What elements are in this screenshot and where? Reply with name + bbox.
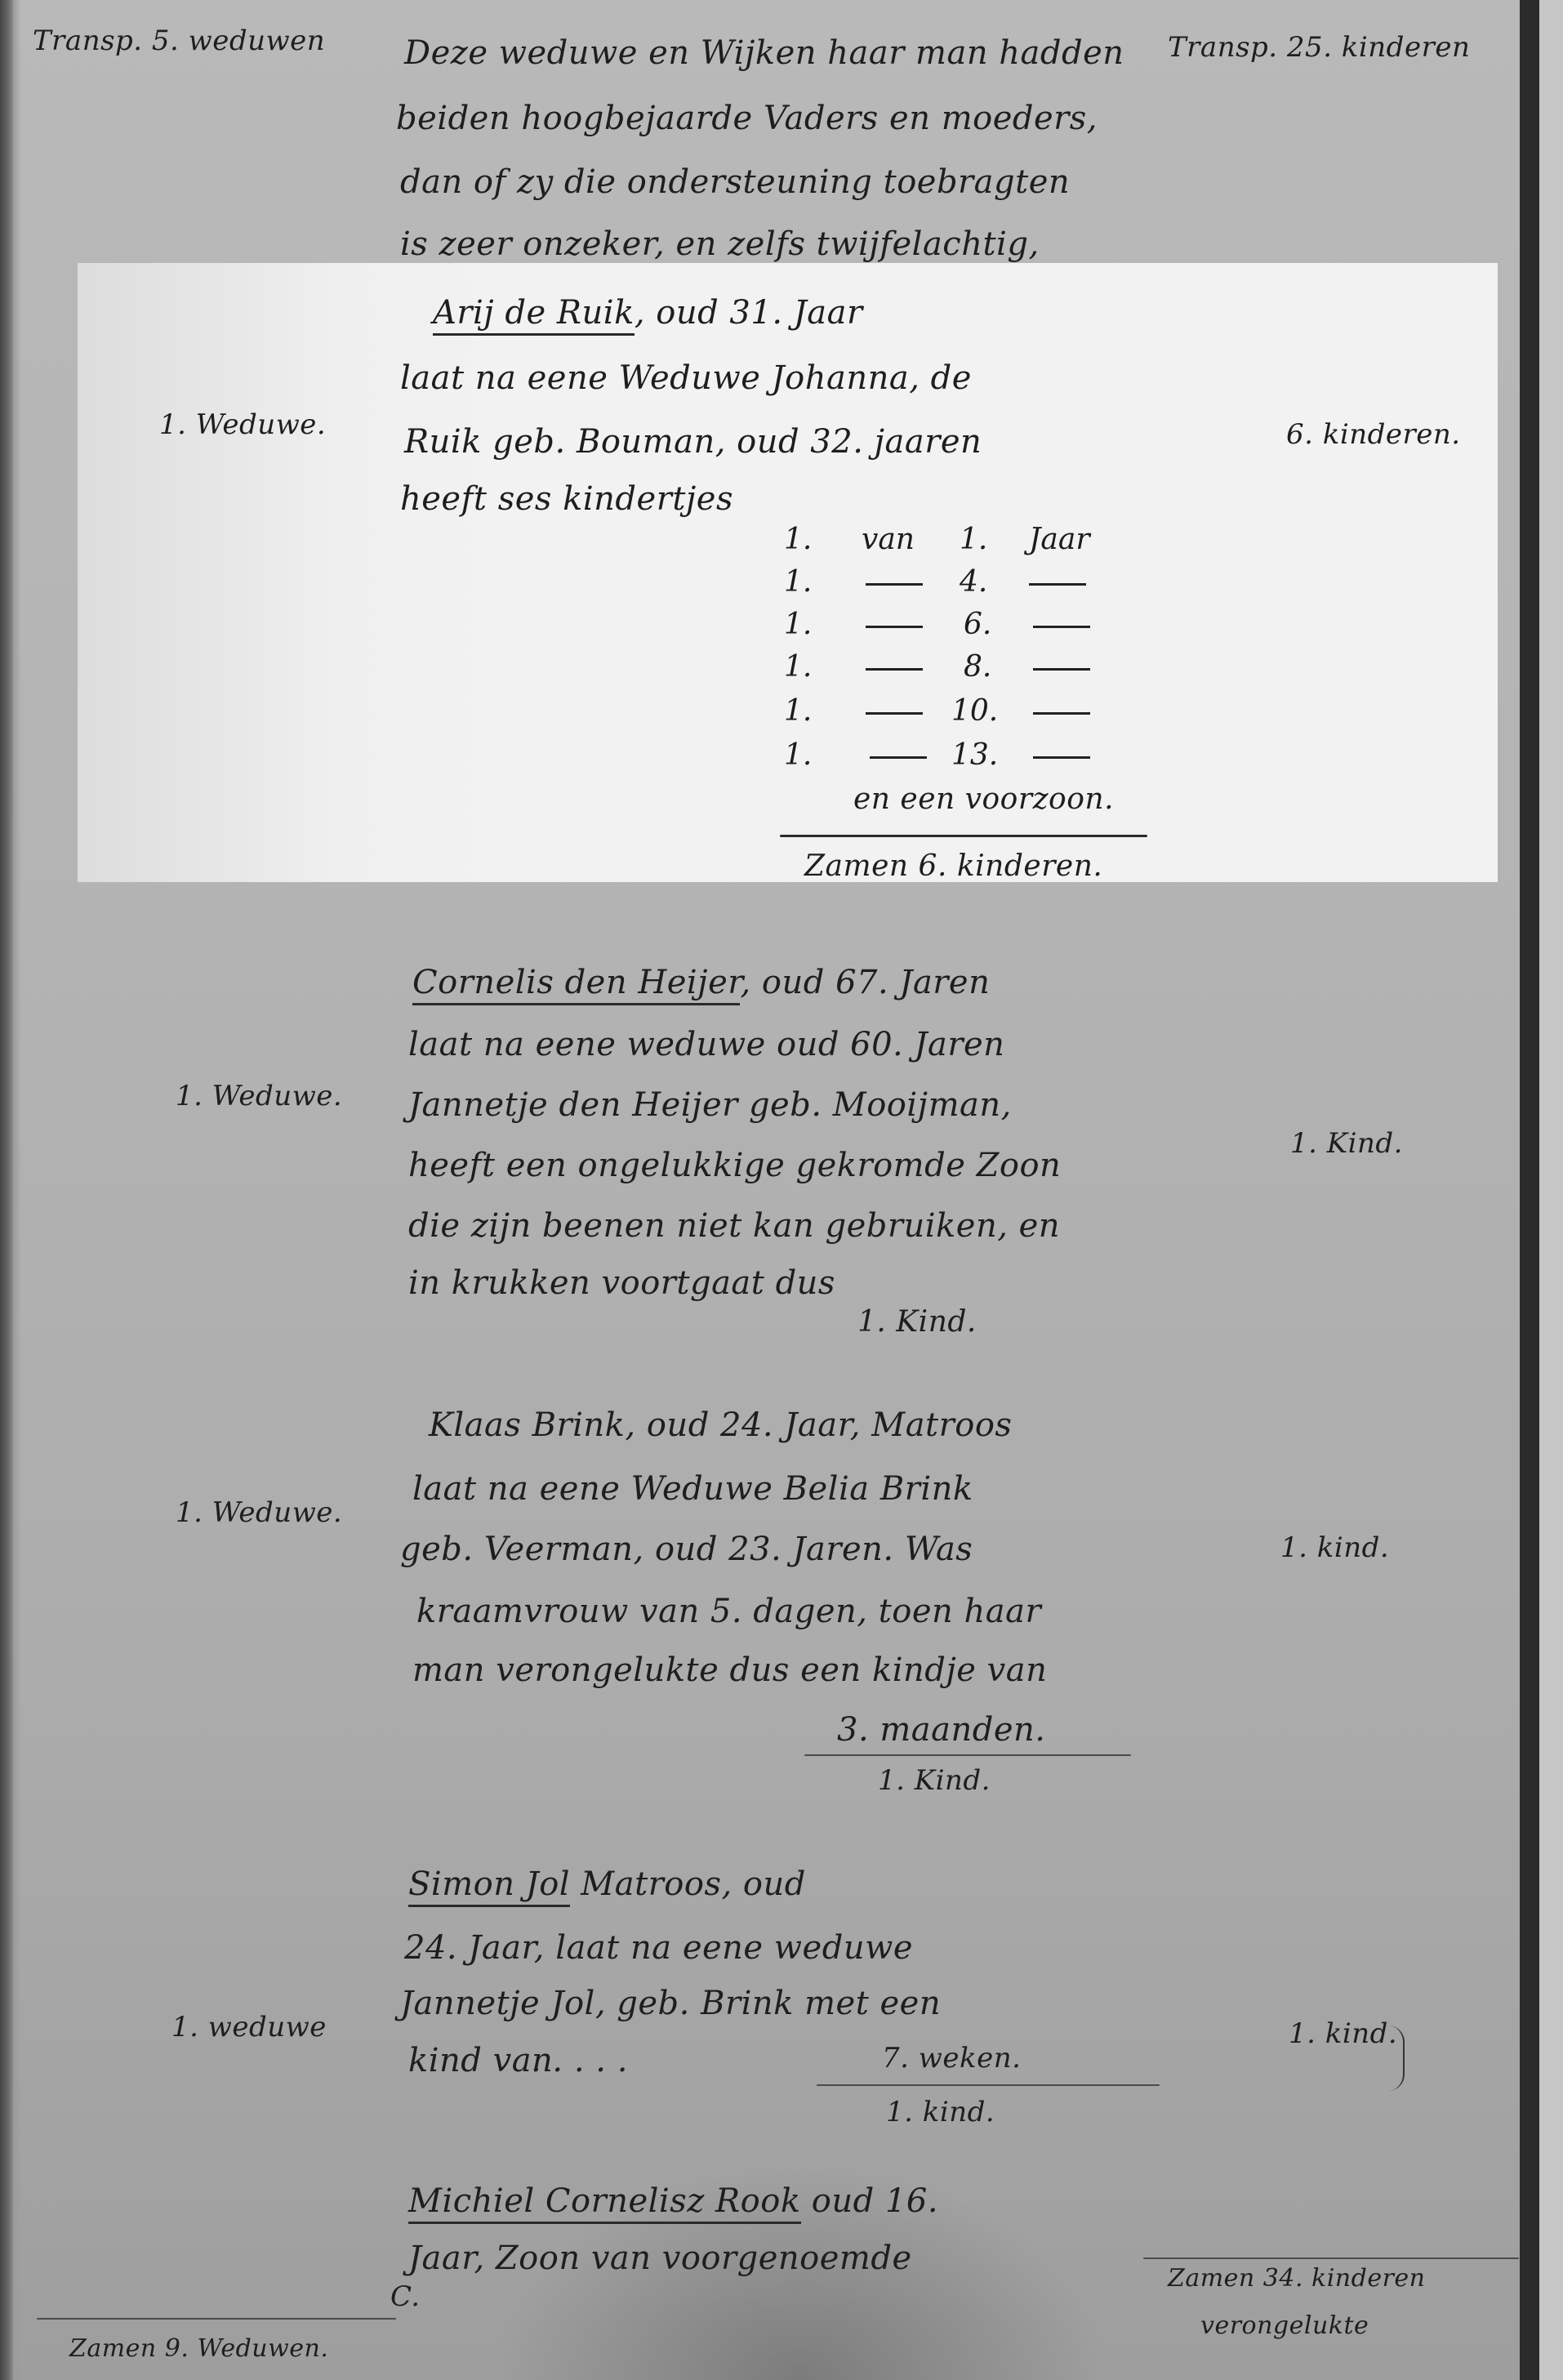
entry-1-sum-rule [780,835,1147,837]
entry-3-age-note: 3. maanden. [837,1711,1046,1749]
intro-line-4: is zeer onzeker, en zelfs twijfelachtig, [400,225,1040,263]
entry-5-line-1: Michiel Cornelisz Rook oud 16. [408,2182,938,2220]
entry-5-line-2: Jaar, Zoon van voorgenoemde [408,2240,912,2277]
entry-3-widow-count: 1. Weduwe. [176,1496,342,1529]
entry-1-line-2: laat na eene Weduwe Johanna, de [400,359,972,397]
entry-1-line-1: Arij de Ruik, oud 31. Jaar [433,294,863,332]
entry-2-line-6: in krukken voortgaat dus [408,1264,835,1302]
entry-3-line-5: man verongelukte dus een kindje van [412,1651,1047,1689]
entry-1-name: Arij de Ruik [433,294,635,336]
right-page-edge [1539,0,1563,2380]
intro-line-3: dan of zy die ondersteuning toebragten [400,163,1070,201]
entry-5-name: Michiel Cornelisz Rook [408,2182,801,2224]
entry-2-line-3: Jannetje den Heijer geb. Mooijman, [408,1086,1012,1124]
entry-2-line-5: die zijn beenen niet kan gebruiken, en [408,1207,1060,1245]
right-binding-edge [1520,0,1539,2380]
entry-2-line-4: heeft een ongelukkige gekromde Zoon [408,1147,1061,1184]
entry-2-line-2: laat na eene weduwe oud 60. Jaren [408,1026,1004,1063]
header-right-transport: Transp. 25. kinderen [1168,31,1470,64]
entry-3-line-4: kraamvrouw van 5. dagen, toen haar [416,1593,1041,1630]
left-binding-shadow [13,0,21,2380]
entry-2-widow-count: 1. Weduwe. [176,1080,342,1112]
entry-2-total: 1. Kind. [857,1305,977,1339]
entry-3-total: 1. Kind. [878,1764,991,1797]
left-binding-edge [0,0,13,2380]
intro-line-2: beiden hoogbejaarde Vaders en moeders, [396,100,1098,137]
entry-4-line-2: 24. Jaar, laat na eene weduwe [404,1929,913,1967]
footer-widow-total: Zamen 9. Weduwen. [69,2334,328,2363]
entry-4-line-1: Simon Jol Matroos, oud [408,1865,806,1903]
entry-3-line-2: laat na eene Weduwe Belia Brink [412,1470,973,1508]
entry-1-widow-count: 1. Weduwe. [159,408,326,441]
footer-right-rule [1143,2257,1519,2259]
entry-5-line-3: C. [390,2280,421,2313]
entry-4-line-3: Jannetje Jol, geb. Brink met een [400,1985,941,2022]
entry-1-children-count: 6. kinderen. [1286,418,1461,451]
entry-4-sum-rule [817,2084,1160,2086]
entry-2-line-1: Cornelis den Heijer, oud 67. Jaren [412,964,990,1001]
entry-3-children-count: 1. kind. [1280,1531,1389,1564]
entry-4-name: Simon Jol [408,1865,570,1907]
entry-1-note: en een voorzoon. [853,782,1114,816]
footer-left-rule [37,2318,396,2320]
entry-1-total: Zamen 6. kinderen. [804,849,1102,883]
footer-verongelukte: verongelukte [1200,2311,1369,2340]
entry-3-sum-rule [804,1754,1131,1756]
entry-2-name: Cornelis den Heijer [412,964,740,1005]
intro-line-1: Deze weduwe en Wijken haar man hadden [404,34,1124,72]
entry-2-children-count: 1. Kind. [1290,1127,1403,1160]
entry-4-total: 1. kind. [886,2096,995,2128]
entry-3-line-3: geb. Veerman, oud 23. Jaren. Was [400,1531,973,1568]
entry-1-line-3: Ruik geb. Bouman, oud 32. jaaren [404,423,982,461]
entry-3-line-1: Klaas Brink, oud 24. Jaar, Matroos [429,1406,1012,1444]
footer-children-total: Zamen 34. kinderen [1168,2264,1426,2293]
entry-4-children-count: 1. kind. [1289,2017,1397,2050]
entry-4-widow-count: 1. weduwe [171,2011,327,2044]
entry-4-dot-leader: . . . . . [531,2042,628,2079]
entry-1-line-4: heeft ses kindertjes [400,480,733,518]
ledger-page: Transp. 5. weduwen Transp. 25. kinderen … [0,0,1563,2380]
brace-icon [1388,2026,1405,2091]
entry-4-age-note: 7. weken. [882,2042,1021,2075]
header-left-transport: Transp. 5. weduwen [33,25,325,57]
